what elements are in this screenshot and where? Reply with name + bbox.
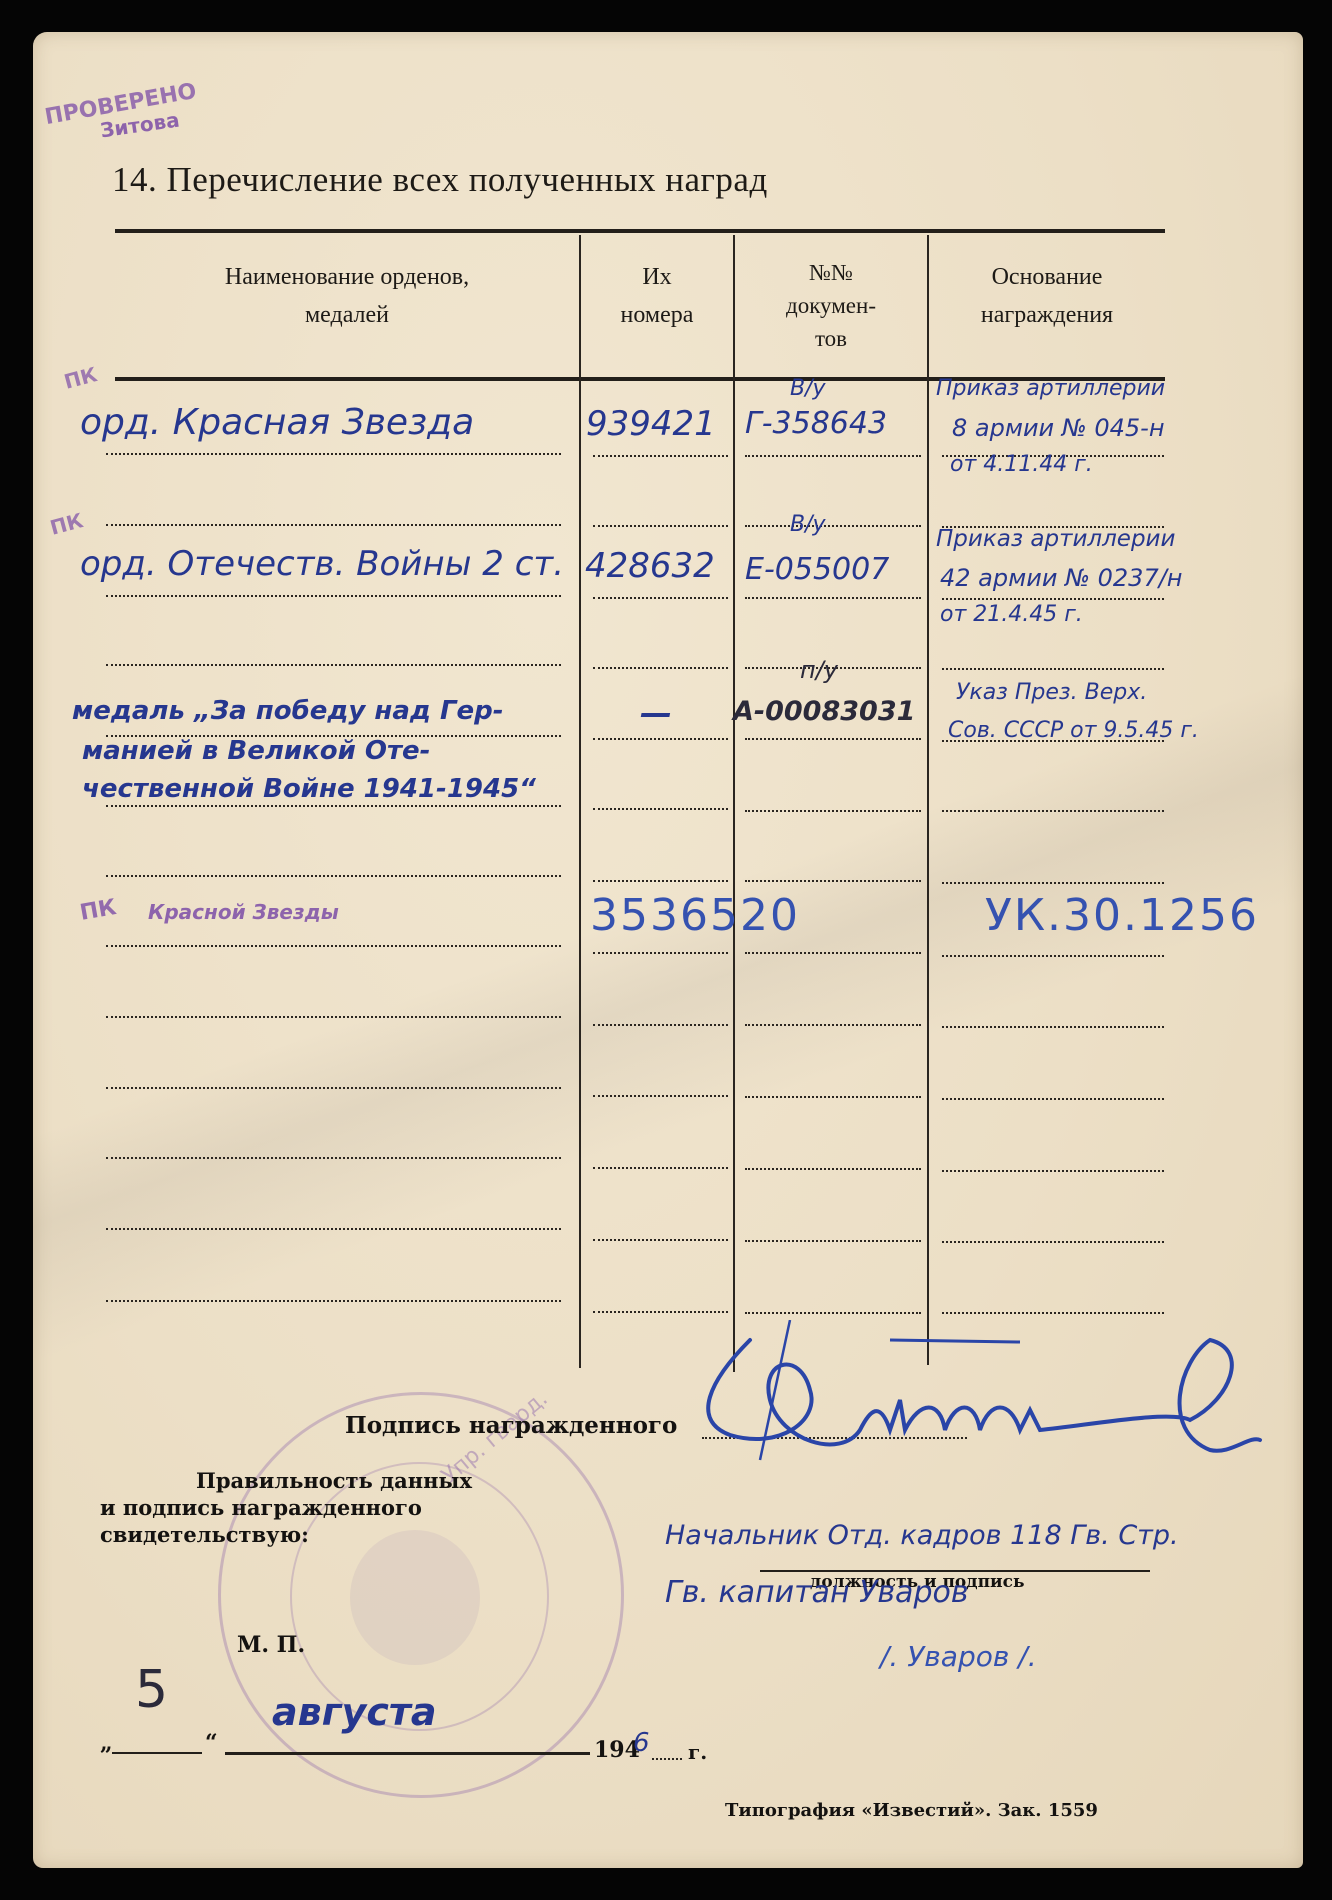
column-divider-3	[927, 235, 929, 1365]
basis-line: УК.30.1256	[985, 890, 1259, 941]
award-name: медаль „За победу над Гер-	[72, 696, 504, 726]
certify-label-line1: Правильность данных	[196, 1468, 472, 1493]
basis-line: 42 армии № 0237/н	[940, 564, 1182, 592]
date-year-suffix: г.	[688, 1740, 707, 1764]
document-number: Е-055007	[745, 552, 889, 587]
date-month: августа	[272, 1690, 437, 1734]
basis-line: Сов. СССР от 9.5.45 г.	[948, 718, 1199, 743]
printer-imprint: Типография «Известий». Зак. 1559	[725, 1800, 1098, 1821]
date-month-line	[225, 1752, 590, 1755]
award-name: орд. Отечеств. Войны 2 ст.	[80, 544, 564, 584]
column-divider-1	[579, 235, 581, 1368]
certify-label-line2: и подпись награжденного	[100, 1495, 422, 1520]
document-number: Г-358643	[745, 406, 887, 441]
document-prefix: В/у	[790, 512, 826, 537]
basis-line: Указ През. Верх.	[956, 680, 1147, 705]
date-day-line	[112, 1752, 202, 1754]
header-documents-line1: №№	[735, 256, 927, 289]
date-year-digit: 6	[633, 1728, 650, 1758]
header-basis: Основание награждения	[929, 258, 1165, 334]
column-divider-2	[733, 235, 735, 1372]
date-year-line	[652, 1758, 682, 1760]
header-award-name: Наименование орденов, медалей	[115, 258, 579, 334]
document-number: А-00083031	[733, 696, 915, 727]
basis-line: от 21.4.45 г.	[940, 602, 1083, 627]
award-number: 3536520	[590, 890, 800, 941]
certify-label-line3: свидетельствую:	[100, 1522, 309, 1547]
date-quote-close: “	[205, 1730, 218, 1756]
header-documents: №№ докумен- тов	[735, 256, 927, 355]
document-prefix: В/у	[790, 376, 826, 401]
seal-emblem	[350, 1530, 480, 1665]
header-numbers: Их номера	[581, 258, 733, 334]
officer-name: /. Уваров /.	[880, 1640, 1037, 1673]
header-numbers-line1: Их	[581, 258, 733, 296]
officer-position-line1: Начальник Отд. кадров 118 Гв. Стр.	[665, 1520, 1179, 1551]
seal-place-label: М. П.	[237, 1632, 305, 1658]
basis-line: Приказ артиллерии	[936, 376, 1165, 401]
basis-line: 8 армии № 045-н	[952, 414, 1165, 442]
award-number: 428632	[585, 546, 715, 586]
header-documents-line3: тов	[735, 322, 927, 355]
award-name-stamp: Красной Звезды	[148, 900, 339, 924]
award-number: —	[640, 694, 672, 732]
officer-position-line2: Гв. капитан Уваров	[665, 1575, 969, 1610]
award-number: 939421	[586, 404, 716, 444]
basis-line: от 4.11.44 г.	[950, 452, 1093, 477]
header-basis-line2: награждения	[929, 296, 1165, 334]
basis-line: Приказ артиллерии	[936, 526, 1175, 552]
header-basis-line1: Основание	[929, 258, 1165, 296]
table-top-rule	[115, 229, 1165, 233]
award-name: манией в Великой Оте-	[82, 736, 430, 766]
header-numbers-line2: номера	[581, 296, 733, 334]
awardee-signature-label: Подпись награжденного	[345, 1412, 677, 1439]
award-name: чественной Войне 1941-1945“	[82, 774, 536, 804]
header-award-name-line1: Наименование орденов,	[115, 258, 579, 296]
header-award-name-line2: медалей	[115, 296, 579, 334]
header-documents-line2: докумен-	[735, 289, 927, 322]
date-day: 5	[135, 1660, 168, 1720]
document-prefix: п/у	[800, 656, 838, 684]
section-title: 14. Перечисление всех полученных наград	[112, 160, 768, 200]
award-name: орд. Красная Звезда	[80, 402, 474, 443]
date-quote-open: „	[100, 1730, 113, 1756]
awardee-signature	[690, 1320, 1290, 1480]
